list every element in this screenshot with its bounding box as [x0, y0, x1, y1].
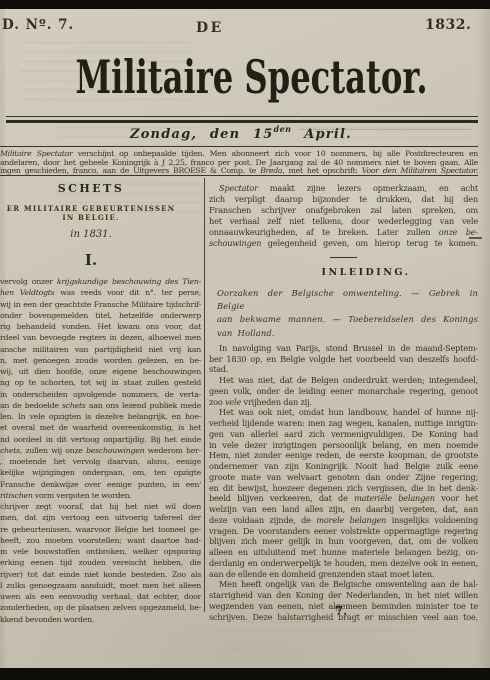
rule-above-notice	[0, 146, 478, 147]
masthead-year: 1832.	[425, 17, 471, 33]
right-column-text: In navolging van Parijs, stond Brussel i…	[209, 343, 478, 623]
journal-title-text: Militaire Spectator.	[75, 50, 427, 104]
subscription-notice-lines: Militaire Spectator verschijnt op onbepa…	[0, 150, 478, 176]
article-heading: SCHETS	[0, 182, 182, 195]
rule-below-notice	[0, 175, 478, 176]
date-line: Zondag, den 15den April.	[130, 124, 352, 142]
masthead-article: DE	[196, 20, 224, 36]
bleedthrough-texture	[215, 618, 415, 660]
date-month: April.	[292, 127, 352, 142]
journal-title: Militaire Spectator.	[0, 50, 486, 104]
page-number: 7.	[330, 604, 352, 618]
left-column-text: vervolg onzer krijgskundige beschouwing …	[0, 276, 201, 625]
article-subheading: ER MILITAIRE GEBEURTENISSEN IN BELGIE.	[0, 204, 182, 222]
left-column: SCHETS ER MILITAIRE GEBEURTENISSEN IN BE…	[0, 180, 201, 625]
subscription-notice: Militaire Spectator verschijnt op onbepa…	[0, 150, 478, 176]
scanned-journal-page: D. Nº. 7. DE 1832. Militaire Spectator. …	[0, 0, 490, 680]
issue-number: D. Nº. 7.	[2, 17, 74, 33]
section-separator-dash	[330, 257, 357, 258]
scan-border-top	[0, 0, 490, 9]
date-superscript: den	[274, 124, 292, 134]
double-rule-thin	[6, 116, 478, 117]
column-divider	[204, 178, 205, 612]
inleiding-subtitle: Oorzaken der Belgische omwenteling. — Ge…	[209, 287, 478, 340]
scan-border-bottom	[0, 668, 490, 680]
right-column: Spectator maakt zijne lezers opmerkzaam,…	[209, 183, 478, 622]
article-year-line: in 1831.	[0, 229, 182, 240]
date-text: Zondag, den 15	[130, 127, 274, 142]
right-column-intro-paragraph: Spectator maakt zijne lezers opmerkzaam,…	[209, 183, 478, 250]
inleiding-heading: INLEIDING.	[209, 267, 478, 278]
margin-mark-dash	[469, 237, 482, 239]
section-numeral: I.	[0, 251, 182, 269]
double-rule-thick	[6, 120, 478, 123]
left-column-headings: SCHETS ER MILITAIRE GEBEURTENISSEN IN BE…	[0, 182, 182, 269]
